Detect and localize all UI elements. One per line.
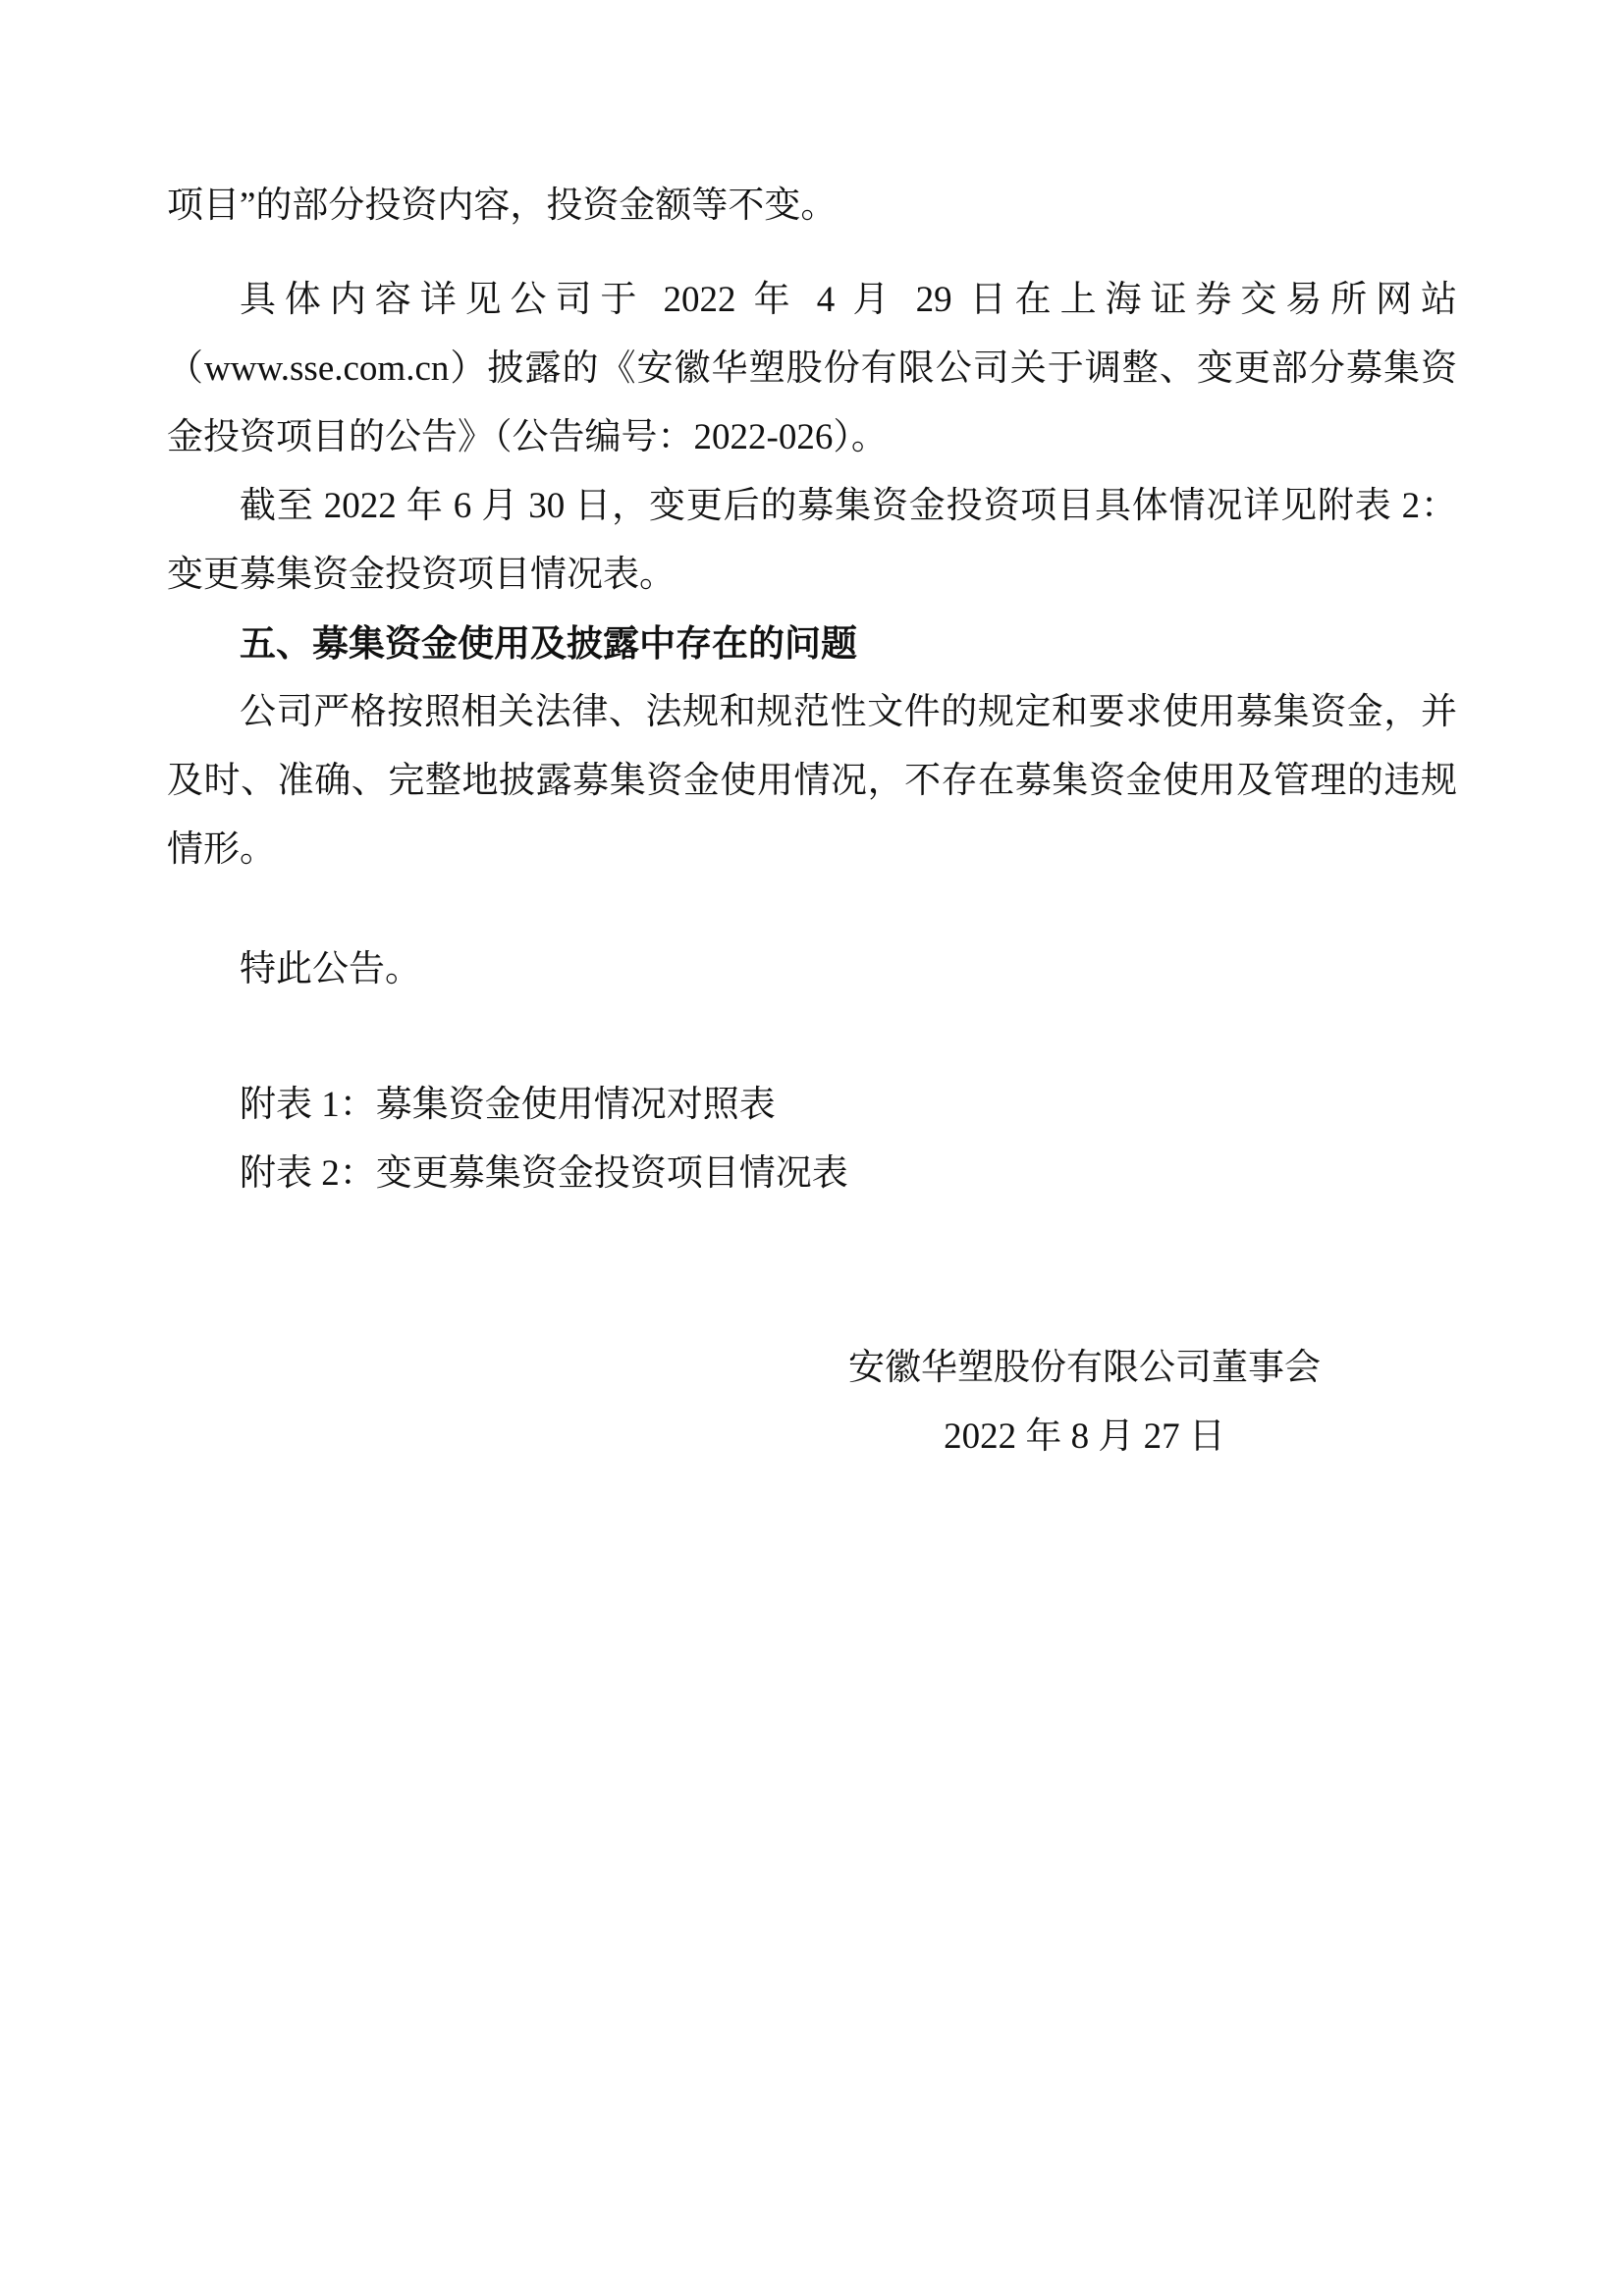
paragraph-as-of-date: 截至 2022 年 6 月 30 日，变更后的募集资金投资项目具体情况详见附表 … [167, 472, 1457, 610]
attachment-item-1: 附表 1：募集资金使用情况对照表 [167, 1071, 1457, 1140]
attachment-item-2: 附表 2：变更募集资金投资项目情况表 [167, 1140, 1457, 1208]
paragraph-disclosure-detail: 具体内容详见公司于 2022 年 4 月 29 日在上海证券交易所网站（www.… [167, 266, 1457, 472]
signature-company: 安徽华塑股份有限公司董事会 [848, 1334, 1321, 1403]
signature-block: 安徽华塑股份有限公司董事会 2022 年 8 月 27 日 [848, 1334, 1321, 1471]
paragraph-continuation: 项目”的部分投资内容，投资金额等不变。 [167, 172, 1457, 240]
document-page: 项目”的部分投资内容，投资金额等不变。 具体内容详见公司于 2022 年 4 月… [0, 0, 1624, 2296]
signature-date: 2022 年 8 月 27 日 [848, 1403, 1321, 1471]
paragraph-closing-notice: 特此公告。 [167, 935, 1457, 1004]
section-heading-5: 五、募集资金使用及披露中存在的问题 [167, 610, 1457, 678]
paragraph-compliance: 公司严格按照相关法律、法规和规范性文件的规定和要求使用募集资金，并及时、准确、完… [167, 678, 1457, 884]
